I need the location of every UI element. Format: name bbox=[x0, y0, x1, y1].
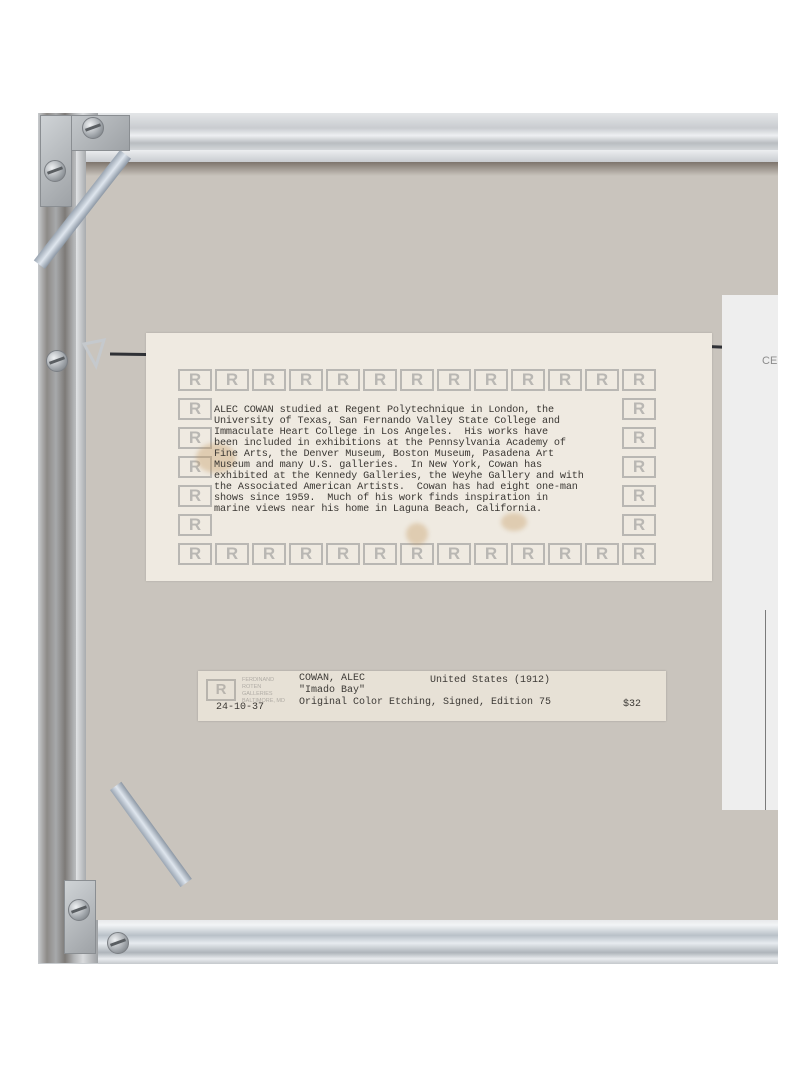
r-logo-tile: R bbox=[511, 369, 545, 391]
r-logo-tile: R bbox=[622, 369, 656, 391]
r-logo-tile: R bbox=[511, 543, 545, 565]
inventory-code: 24-10-37 bbox=[216, 702, 264, 713]
r-logo-tile: R bbox=[215, 369, 249, 391]
certificate-text: CE bbox=[762, 355, 777, 367]
screw-icon bbox=[68, 899, 90, 921]
r-logo-tile: R bbox=[363, 543, 397, 565]
r-logo-tile: R bbox=[178, 514, 212, 536]
certificate-paper bbox=[722, 295, 778, 810]
r-logo-tile: R bbox=[437, 369, 471, 391]
artist-biography-text: ALEC COWAN studied at Regent Polytechniq… bbox=[214, 405, 634, 515]
water-stain bbox=[501, 513, 527, 531]
screw-icon bbox=[107, 932, 129, 954]
certificate-rule bbox=[765, 610, 766, 810]
screw-icon bbox=[44, 160, 66, 182]
r-logo-tile: R bbox=[326, 543, 360, 565]
r-logo-tile: R bbox=[474, 543, 508, 565]
r-logo-tile: R bbox=[585, 543, 619, 565]
r-logo-tile: R bbox=[178, 369, 212, 391]
price: $32 bbox=[623, 699, 641, 710]
water-stain bbox=[406, 523, 428, 545]
screw-icon bbox=[82, 117, 104, 139]
r-logo-tile: R bbox=[363, 369, 397, 391]
artist-biography-label: RRRRRRRRRRRRRRRRRRRRRRRRRRRRRRRRRRRR ALE… bbox=[146, 333, 712, 581]
r-logo-tile: R bbox=[400, 543, 434, 565]
r-logo-tile: R bbox=[400, 369, 434, 391]
r-logo-tile: R bbox=[178, 398, 212, 420]
gallery-logo-icon: R bbox=[206, 679, 236, 701]
r-logo-tile: R bbox=[585, 369, 619, 391]
r-logo-tile: R bbox=[252, 369, 286, 391]
r-logo-tile: R bbox=[622, 543, 656, 565]
screw-icon bbox=[46, 350, 68, 372]
r-logo-tile: R bbox=[548, 543, 582, 565]
r-logo-tile: R bbox=[437, 543, 471, 565]
d-ring-hanger-icon bbox=[80, 336, 108, 370]
r-logo-tile: R bbox=[178, 485, 212, 507]
frame-inner-lip-top bbox=[76, 150, 778, 162]
frame-inner-lip-left bbox=[76, 150, 86, 930]
r-logo-tile: R bbox=[252, 543, 286, 565]
gallery-name: FERDINAND ROTEN GALLERIES BALTIMORE, MD bbox=[242, 677, 285, 705]
r-logo-tile: R bbox=[178, 543, 212, 565]
backing-shadow bbox=[86, 162, 778, 176]
r-logo-tile: R bbox=[215, 543, 249, 565]
r-logo-tile: R bbox=[548, 369, 582, 391]
r-logo-tile: R bbox=[622, 514, 656, 536]
r-logo-tile: R bbox=[289, 543, 323, 565]
artist-name: COWAN, ALEC bbox=[299, 673, 365, 684]
artist-origin: United States (1912) bbox=[430, 675, 550, 686]
r-logo-tile: R bbox=[289, 369, 323, 391]
r-logo-tile: R bbox=[326, 369, 360, 391]
artwork-title: "Imado Bay" bbox=[299, 685, 365, 696]
r-logo-tile: R bbox=[474, 369, 508, 391]
artwork-medium: Original Color Etching, Signed, Edition … bbox=[299, 697, 551, 708]
gallery-price-label: R FERDINAND ROTEN GALLERIES BALTIMORE, M… bbox=[198, 671, 666, 721]
